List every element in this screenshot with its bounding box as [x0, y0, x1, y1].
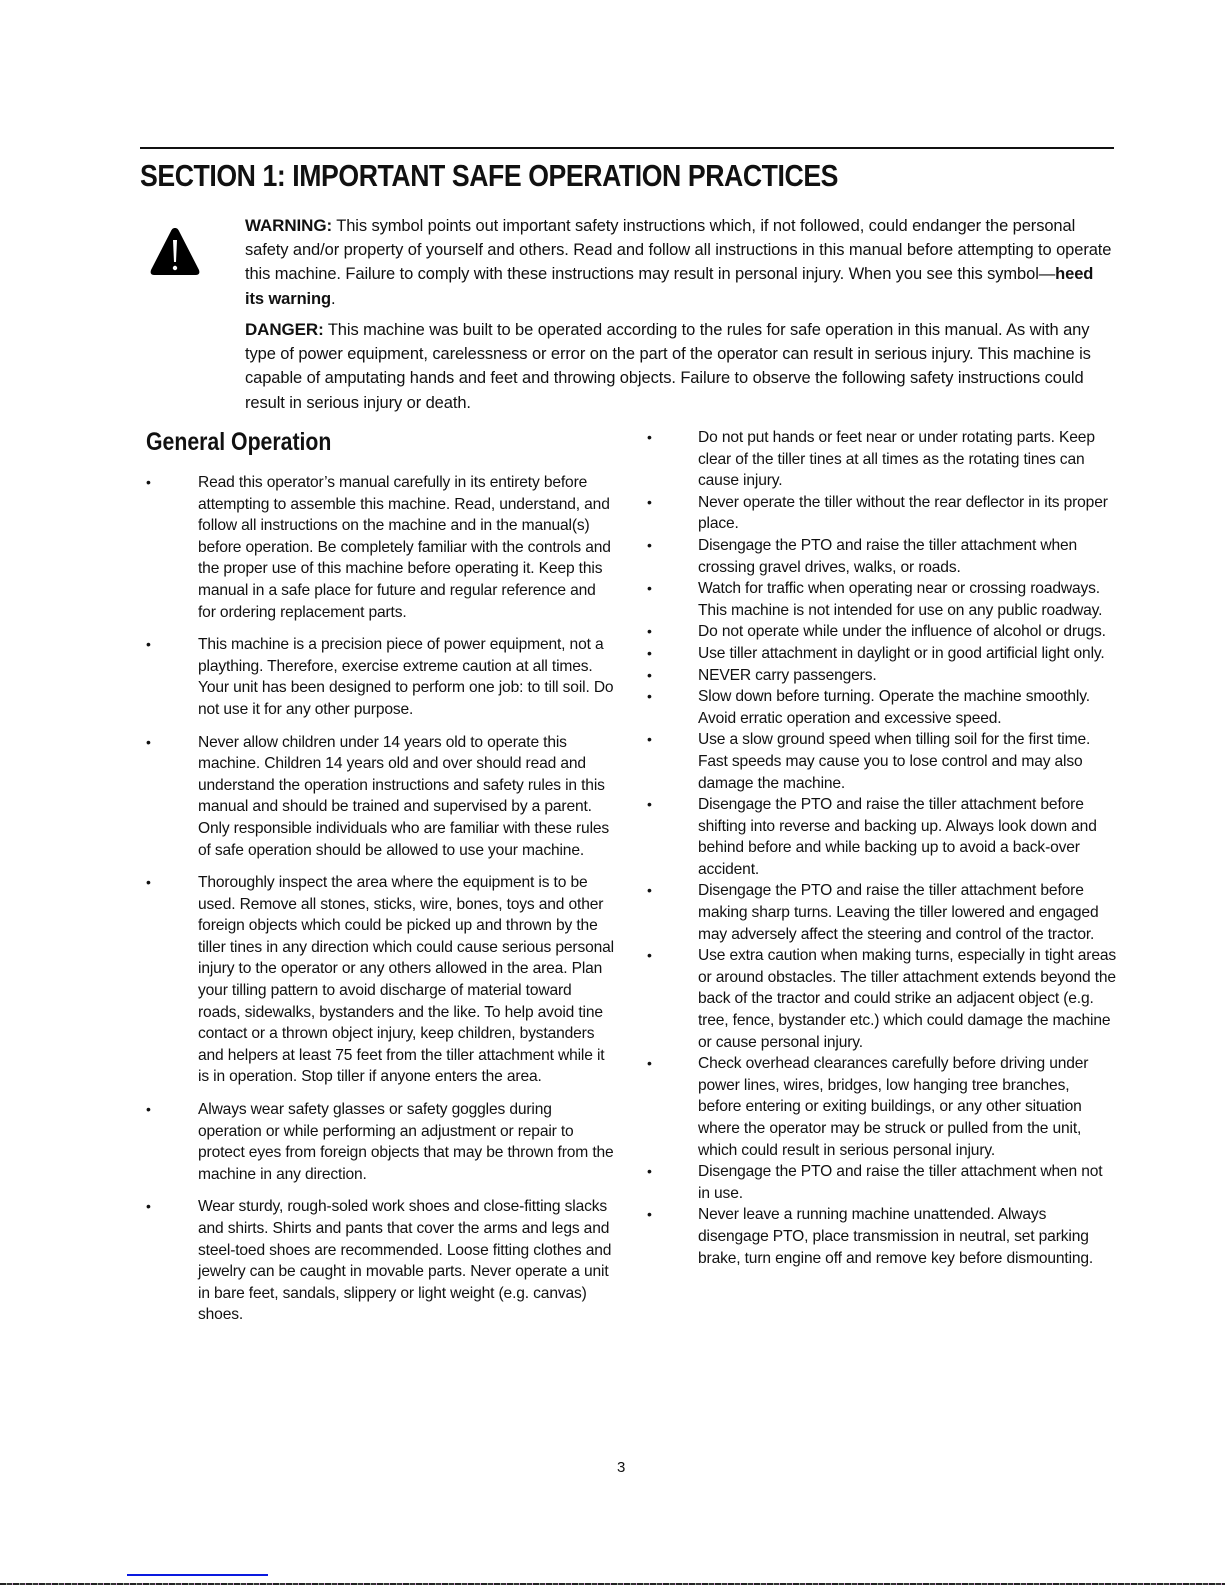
list-item: •Use a slow ground speed when tilling so… — [646, 729, 1116, 794]
bullet-icon: • — [647, 621, 657, 643]
list-item-text: Slow down before turning. Operate the ma… — [698, 688, 1090, 727]
list-item-text: Never allow children under 14 years old … — [198, 734, 609, 859]
list-item: •Use tiller attachment in daylight or in… — [646, 643, 1116, 665]
list-item-text: Watch for traffic when operating near or… — [698, 580, 1102, 619]
list-item: •Slow down before turning. Operate the m… — [646, 686, 1116, 729]
list-item-text: Disengage the PTO and raise the tiller a… — [698, 537, 1077, 576]
list-item-text: Disengage the PTO and raise the tiller a… — [698, 796, 1097, 878]
bullet-icon: • — [146, 1099, 156, 1121]
list-item: •Do not operate while under the influenc… — [646, 621, 1116, 643]
section-top-rule — [140, 147, 1114, 149]
list-item: •Watch for traffic when operating near o… — [646, 578, 1116, 621]
bullet-icon: • — [146, 634, 156, 656]
warning-text: This symbol points out important safety … — [245, 217, 1111, 283]
bullet-icon: • — [647, 686, 657, 708]
list-item-text: Use tiller attachment in daylight or in … — [698, 645, 1105, 662]
list-item-text: Always wear safety glasses or safety gog… — [198, 1101, 614, 1183]
bullet-icon: • — [146, 1196, 156, 1218]
list-item-text: Thoroughly inspect the area where the eq… — [198, 874, 614, 1085]
list-item: •This machine is a precision piece of po… — [146, 634, 616, 720]
warning-notice: WARNING: This symbol points out importan… — [245, 214, 1115, 311]
list-item: •Thoroughly inspect the area where the e… — [146, 872, 616, 1088]
bullet-icon: • — [146, 732, 156, 754]
bullet-icon: • — [647, 729, 657, 751]
bullet-icon: • — [647, 427, 657, 449]
list-item: •Disengage the PTO and raise the tiller … — [646, 535, 1116, 578]
bullet-icon: • — [647, 945, 657, 967]
list-item: •Use extra caution when making turns, es… — [646, 945, 1116, 1053]
bullet-icon: • — [647, 880, 657, 902]
danger-text: This machine was built to be operated ac… — [245, 321, 1091, 412]
list-item: •Disengage the PTO and raise the tiller … — [646, 1161, 1116, 1204]
list-item-text: Read this operator’s manual carefully in… — [198, 474, 611, 621]
list-item-text: Do not put hands or feet near or under r… — [698, 429, 1095, 489]
manual-page: SECTION 1: IMPORTANT SAFE OPERATION PRAC… — [0, 0, 1225, 1585]
bullet-icon: • — [647, 578, 657, 600]
list-item: •Always wear safety glasses or safety go… — [146, 1099, 616, 1185]
bullet-icon: • — [647, 535, 657, 557]
list-item: •Disengage the PTO and raise the tiller … — [646, 794, 1116, 880]
warning-triangle-icon — [149, 226, 201, 276]
list-item: •Check overhead clearances carefully bef… — [646, 1053, 1116, 1161]
list-item-text: Wear sturdy, rough-soled work shoes and … — [198, 1198, 611, 1323]
list-item-text: Use extra caution when making turns, esp… — [698, 947, 1116, 1050]
general-operation-heading: General Operation — [146, 428, 331, 457]
list-item-text: Use a slow ground speed when tilling soi… — [698, 731, 1090, 791]
danger-notice: DANGER: This machine was built to be ope… — [245, 318, 1115, 415]
list-item-text: Disengage the PTO and raise the tiller a… — [698, 882, 1098, 942]
bullet-icon: • — [647, 1204, 657, 1226]
list-item: •Do not put hands or feet near or under … — [646, 427, 1116, 492]
list-item: •Wear sturdy, rough-soled work shoes and… — [146, 1196, 616, 1326]
bullet-icon: • — [146, 472, 156, 494]
list-item-text: Disengage the PTO and raise the tiller a… — [698, 1163, 1103, 1202]
list-item-text: Never operate the tiller without the rea… — [698, 494, 1108, 533]
bullet-icon: • — [647, 794, 657, 816]
bullet-icon: • — [647, 492, 657, 514]
list-item-text: Check overhead clearances carefully befo… — [698, 1055, 1088, 1158]
bullet-icon: • — [647, 643, 657, 665]
bullet-icon: • — [647, 1053, 657, 1075]
list-item: •Never leave a running machine unattende… — [646, 1204, 1116, 1269]
section-title: SECTION 1: IMPORTANT SAFE OPERATION PRAC… — [140, 156, 838, 196]
left-column-list: •Read this operator’s manual carefully i… — [146, 472, 616, 1337]
warning-label: WARNING: — [245, 216, 332, 235]
list-item-text: NEVER carry passengers. — [698, 667, 877, 684]
list-item-text: This machine is a precision piece of pow… — [198, 636, 613, 718]
bullet-icon: • — [647, 1161, 657, 1183]
bullet-icon: • — [647, 665, 657, 687]
list-item-text: Do not operate while under the influence… — [698, 623, 1106, 640]
warning-end: . — [331, 290, 335, 308]
list-item: •Read this operator’s manual carefully i… — [146, 472, 616, 623]
scan-artifact-line — [127, 1574, 268, 1576]
list-item: •NEVER carry passengers. — [646, 665, 1116, 687]
right-column-list: •Do not put hands or feet near or under … — [646, 427, 1116, 1269]
danger-label: DANGER: — [245, 320, 324, 339]
page-number: 3 — [617, 1459, 625, 1476]
list-item: •Never operate the tiller without the re… — [646, 492, 1116, 535]
list-item: •Never allow children under 14 years old… — [146, 732, 616, 862]
bullet-icon: • — [146, 872, 156, 894]
list-item-text: Never leave a running machine unattended… — [698, 1206, 1093, 1266]
list-item: •Disengage the PTO and raise the tiller … — [646, 880, 1116, 945]
